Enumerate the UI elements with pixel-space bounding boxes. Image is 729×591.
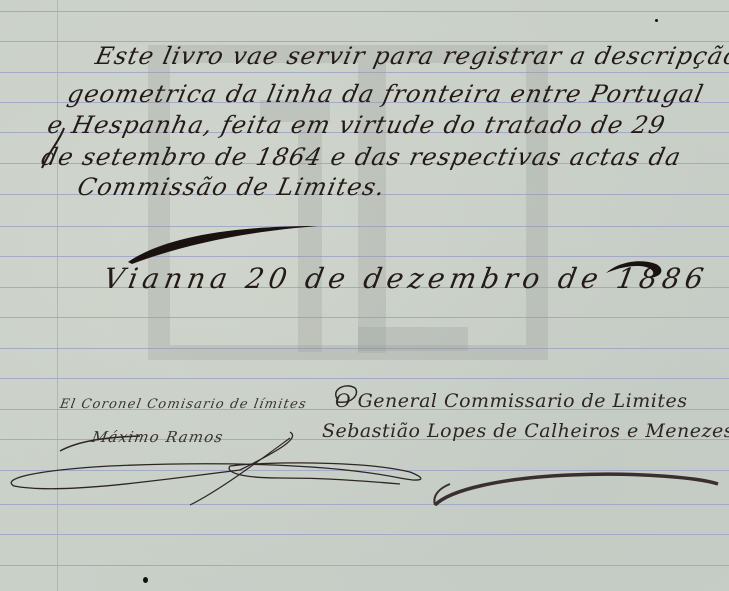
manuscript-page: Este livro vae servir para registrar a d…: [0, 0, 729, 591]
pen-flourishes: [0, 0, 729, 591]
